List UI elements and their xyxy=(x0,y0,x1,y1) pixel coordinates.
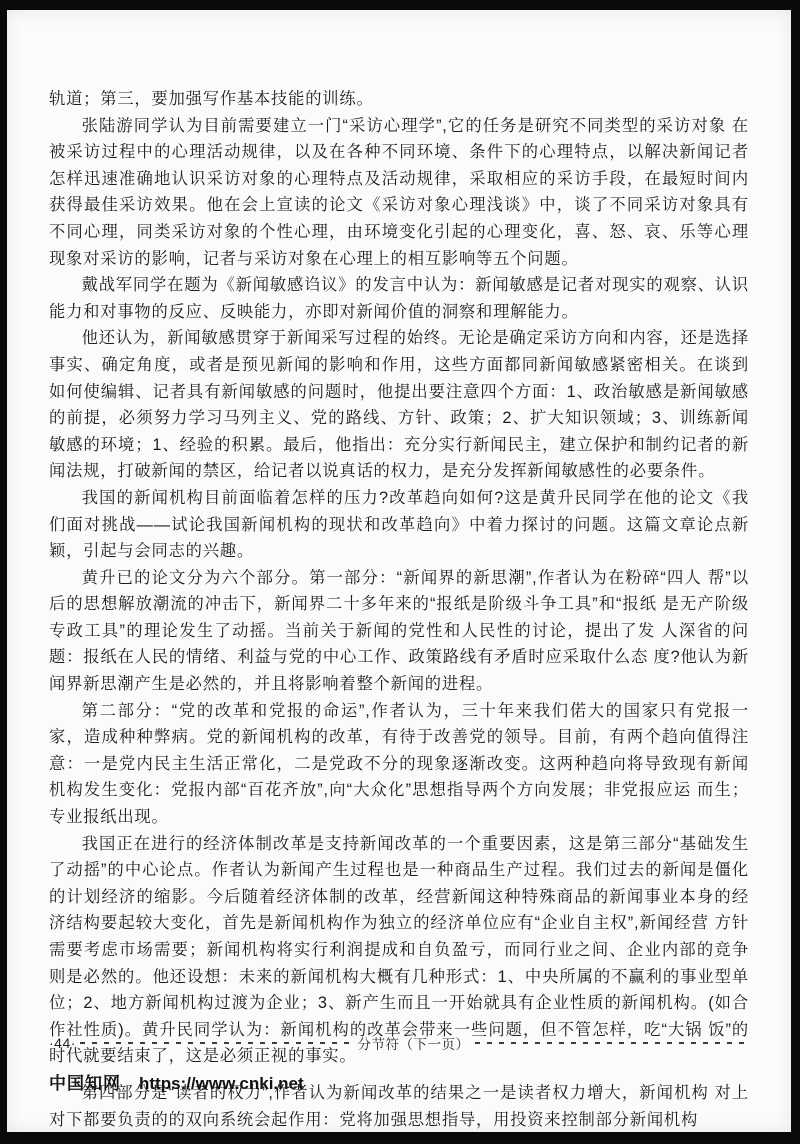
cnki-brand-row: 中国知网 https://www.cnki.net xyxy=(49,1069,751,1094)
cnki-url: https://www.cnki.net xyxy=(139,1074,304,1094)
paragraph: 黄升已的论文分为六个部分。第一部分：“新闻界的新思潮”,作者认为在粉碎“四人 帮… xyxy=(49,565,749,698)
paragraph: 我国的新闻机构目前面临着怎样的压力?改革趋向如何?这是黄升民同学在他的论文《我们… xyxy=(49,485,749,565)
paragraph: 戴战军同学在题为《新闻敏感诌议》的发言中认为：新闻敏感是记者对现实的观察、认识能… xyxy=(49,272,749,325)
dashed-line xyxy=(475,1042,747,1044)
paragraph: 他还认为，新闻敏感贯穿于新闻采写过程的始终。无论是确定采访方向和内容，还是选择事… xyxy=(49,325,749,485)
page-footer: ·44· 分节符（下一页） 中国知网 https://www.cnki.net xyxy=(49,1033,751,1094)
paragraph-continuation: 轨道；第三，要加强写作基本技能的训练。 xyxy=(49,86,749,113)
section-break-label: 分节符（下一页） xyxy=(355,1033,471,1053)
document-page: 轨道；第三，要加强写作基本技能的训练。 张陆游同学认为目前需要建立一门“采访心理… xyxy=(7,10,791,1132)
paragraph: 张陆游同学认为目前需要建立一门“采访心理学”,它的任务是研究不同类型的采访对象 … xyxy=(49,113,749,273)
cnki-brand-name: 中国知网 xyxy=(49,1069,121,1094)
section-break-separator: ·44· 分节符（下一页） xyxy=(49,1033,751,1053)
page-number: ·44· xyxy=(49,1035,76,1051)
dashed-line xyxy=(80,1042,352,1044)
scan-black-border: 轨道；第三，要加强写作基本技能的训练。 张陆游同学认为目前需要建立一门“采访心理… xyxy=(0,0,800,1144)
body-text: 轨道；第三，要加强写作基本技能的训练。 张陆游同学认为目前需要建立一门“采访心理… xyxy=(49,86,749,1133)
paragraph: 第二部分：“党的改革和党报的命运”,作者认为，三十年来我们偌大的国家只有党报一 … xyxy=(49,698,749,831)
